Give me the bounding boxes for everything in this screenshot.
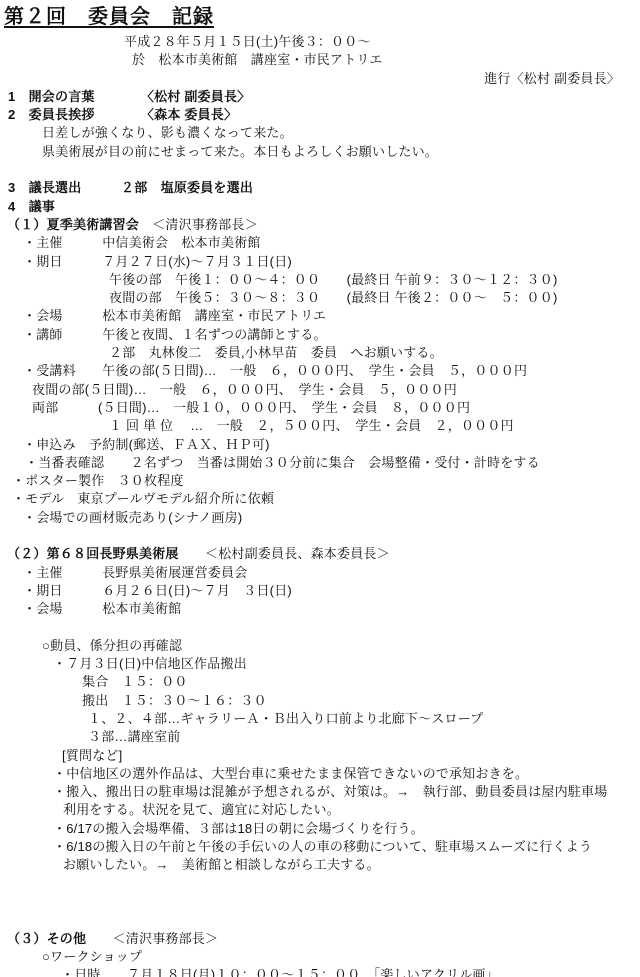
doc-line: 夜間の部(５日間)… 一般 ６，０００円、 学生・会員 ５，０００円 bbox=[4, 381, 634, 399]
blank-line bbox=[4, 875, 634, 893]
doc-line: ・中信地区の選外作品は、大型台車に乗せたまま保管できないので承知おきを。 bbox=[4, 765, 634, 783]
doc-line: ・講師 午後と夜間、１名ずつの講師とする。 bbox=[4, 326, 634, 344]
doc-line: ○ワークショップ bbox=[4, 948, 634, 966]
doc-line: １ 回 単 位 … 一般 ２，５００円、 学生・会員 ２，０００円 bbox=[4, 417, 634, 435]
doc-line: 4 議事 bbox=[4, 198, 634, 216]
doc-line: 午後の部 午後１：００～４：００ (最終日 午前９：３０～１２：３０) bbox=[4, 271, 634, 289]
doc-line: （１）夏季美術講習会 ＜清沢事務部長＞ bbox=[4, 216, 634, 234]
doc-line: （３）その他 ＜清沢事務部長＞ bbox=[4, 930, 634, 948]
doc-line: ・期日 ７月２７日(水)～７月３１日(日) bbox=[4, 253, 634, 271]
doc-line: ・主催 中信美術会 松本市美術館 bbox=[4, 234, 634, 252]
doc-line: ２部 丸林俊二 委員,小林早苗 委員 へお願いする。 bbox=[4, 344, 634, 362]
doc-line: ・当番表確認 ２名ずつ 当番は開始３０分前に集合 会場整備・受付・計時をする bbox=[4, 454, 634, 472]
doc-line: 於 松本市美術館 講座室・市民アトリエ bbox=[4, 51, 634, 69]
doc-line: ・会場での画材販売あり(シナノ画房) bbox=[4, 509, 634, 527]
doc-line: ○動員、係分担の再確認 bbox=[4, 637, 634, 655]
doc-line: ・ポスター製作 ３０枚程度 bbox=[4, 472, 634, 490]
document-title: 第２回 委員会 記録 bbox=[4, 4, 634, 30]
doc-line: ・会場 松本市美術館 講座室・市民アトリエ bbox=[4, 307, 634, 325]
blank-line bbox=[4, 619, 634, 637]
doc-line: 3 議長選出 ２部 塩原委員を選出 bbox=[4, 179, 634, 197]
doc-line: 両部 (５日間)… 一般１０，０００円、 学生・会員 ８，０００円 bbox=[4, 399, 634, 417]
doc-line: 日差しが強くなり、影も濃くなって来た。 bbox=[4, 124, 634, 142]
doc-line: ・期日 ６月２６日(日)～７月 ３日(日) bbox=[4, 582, 634, 600]
doc-line: 搬出 １５：３０～１６：３０ bbox=[4, 692, 634, 710]
doc-line: 1 開会の言葉 〈松村 副委員長〉 bbox=[4, 88, 634, 106]
doc-line: ・6/17の搬入会場準備、３部は18日の朝に会場づくりを行う。 bbox=[4, 820, 634, 838]
blank-line bbox=[4, 527, 634, 545]
blank-line bbox=[4, 911, 634, 929]
document-header: 平成２８年５月１５日(土)午後３：００～於 松本市美術館 講座室・市民アトリエ進… bbox=[4, 33, 634, 88]
doc-line: 県美術展が目の前にせまって来た。本日もよろしくお願いしたい。 bbox=[4, 143, 634, 161]
doc-line: ３部…講座室前 bbox=[4, 728, 634, 746]
doc-line: ・受講料 午後の部(５日間)… 一般 ６，０００円、 学生・会員 ５，０００円 bbox=[4, 362, 634, 380]
doc-line: お願いしたい。→ 美術館と相談しながら工夫する。 bbox=[4, 856, 634, 874]
doc-line: ・会場 松本市美術館 bbox=[4, 600, 634, 618]
blank-line bbox=[4, 893, 634, 911]
doc-line: ・搬入、搬出日の駐車場は混雑が予想されるが、対策は。→ 執行部、動員委員は屋内駐… bbox=[4, 783, 634, 801]
doc-line: １、２、４部…ギャラリーＡ・Ｂ出入り口前より北廊下～スロープ bbox=[4, 710, 634, 728]
doc-line: 平成２８年５月１５日(土)午後３：００～ bbox=[4, 33, 634, 51]
doc-line: 2 委員長挨拶 〈森本 委員長〉 bbox=[4, 106, 634, 124]
doc-line: ・モデル 東京プールヴモデル紹介所に依頼 bbox=[4, 490, 634, 508]
document-page: 第２回 委員会 記録 平成２８年５月１５日(土)午後３：００～於 松本市美術館 … bbox=[0, 0, 640, 977]
doc-line: 夜間の部 午後５：３０～８：３０ (最終日 午後２：００～ ５：００) bbox=[4, 289, 634, 307]
doc-line: ・主催 長野県美術展運営委員会 bbox=[4, 564, 634, 582]
doc-line: ・6/18の搬入日の午前と午後の手伝いの人の車の移動について、駐車場スムーズに行… bbox=[4, 838, 634, 856]
document-body: 1 開会の言葉 〈松村 副委員長〉2 委員長挨拶 〈森本 委員長〉日差しが強くな… bbox=[4, 88, 634, 977]
doc-line: [質問など] bbox=[4, 747, 634, 765]
doc-line: ・日時 ７月１８日(月)１０：００～１５：００ 「楽しいアクリル画」 bbox=[4, 966, 634, 977]
doc-line: 進行〈松村 副委員長〉 bbox=[4, 70, 634, 88]
doc-line: （２）第６８回長野県美術展 ＜松村副委員長、森本委員長＞ bbox=[4, 545, 634, 563]
doc-line: ・申込み 予約制(郵送、ＦＡＸ、ＨＰ可) bbox=[4, 436, 634, 454]
doc-line: 利用をする。状況を見て、適宜に対応したい。 bbox=[4, 801, 634, 819]
doc-line: 集合 １５：００ bbox=[4, 673, 634, 691]
doc-line: ・７月３日(日)中信地区作品搬出 bbox=[4, 655, 634, 673]
blank-line bbox=[4, 161, 634, 179]
